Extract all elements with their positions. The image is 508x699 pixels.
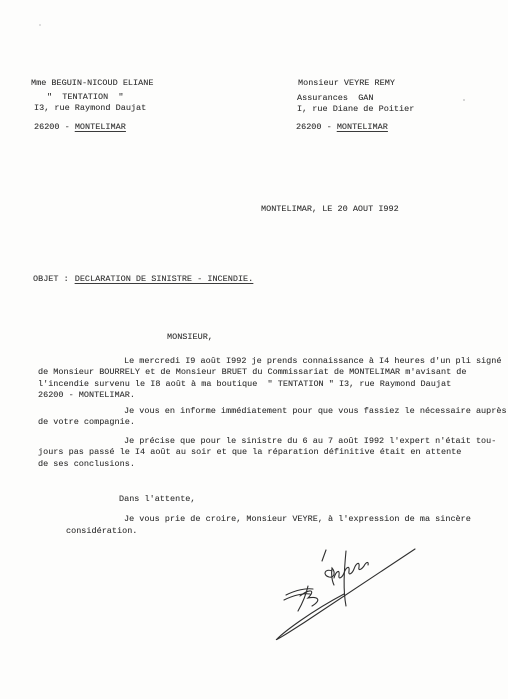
sender-zip-city: 26200 - MONTELIMAR	[34, 122, 126, 132]
para3-line1: Je précise que pour le sinistre du 6 au …	[124, 436, 496, 446]
sender-street: I3, rue Raymond Daujat	[34, 103, 146, 113]
recipient-company: Assurances GAN	[297, 93, 374, 103]
para3-line3: de ses conclusions.	[38, 459, 135, 469]
subject-line: OBJET :DECLARATION DE SINISTRE - INCENDI…	[33, 274, 253, 284]
closing-line2: considération.	[66, 526, 137, 536]
closing-attente: Dans l'attente,	[119, 494, 196, 504]
recipient-city: MONTELIMAR	[337, 122, 388, 132]
recipient-name: Monsieur VEYRE REMY	[298, 78, 395, 88]
para2-line1: Je vous en informe immédiatement pour qu…	[124, 406, 507, 416]
para1-line1: Le mercredi I9 août I992 je prends conna…	[124, 356, 501, 366]
sender-zip: 26200 -	[34, 122, 75, 132]
para3-line2: jours pas passé le I4 août au soir et qu…	[38, 447, 461, 457]
sender-city: MONTELIMAR	[75, 122, 126, 132]
para1-line3: l'incendie survenu le I8 août à ma bouti…	[38, 379, 451, 389]
signature-icon	[258, 538, 423, 648]
recipient-zip: 26200 -	[296, 122, 337, 132]
recipient-zip-city: 26200 - MONTELIMAR	[296, 122, 388, 132]
sender-name: Mme BEGUIN-NICOUD ELIANE	[31, 78, 153, 88]
para2-line2: de votre compagnie.	[38, 417, 135, 427]
subject-text: DECLARATION DE SINISTRE - INCENDIE.	[75, 274, 254, 284]
recipient-street: I, rue Diane de Poitier	[297, 104, 414, 114]
scan-speck	[39, 24, 41, 26]
scanned-letter-page: Mme BEGUIN-NICOUD ELIANE " TENTATION " I…	[0, 0, 508, 699]
closing-line1: Je vous prie de croire, Monsieur VEYRE, …	[124, 514, 471, 524]
subject-label: OBJET :	[33, 274, 69, 284]
sender-shop-name: " TENTATION "	[47, 92, 124, 102]
para1-line2: de Monsieur BOURRELY et de Monsieur BRUE…	[38, 367, 466, 377]
scan-speck	[463, 99, 465, 101]
salutation: MONSIEUR,	[167, 332, 213, 342]
dateline: MONTELIMAR, LE 20 AOUT I992	[261, 204, 399, 214]
para1-line4: 26200 - MONTELIMAR.	[38, 390, 135, 400]
